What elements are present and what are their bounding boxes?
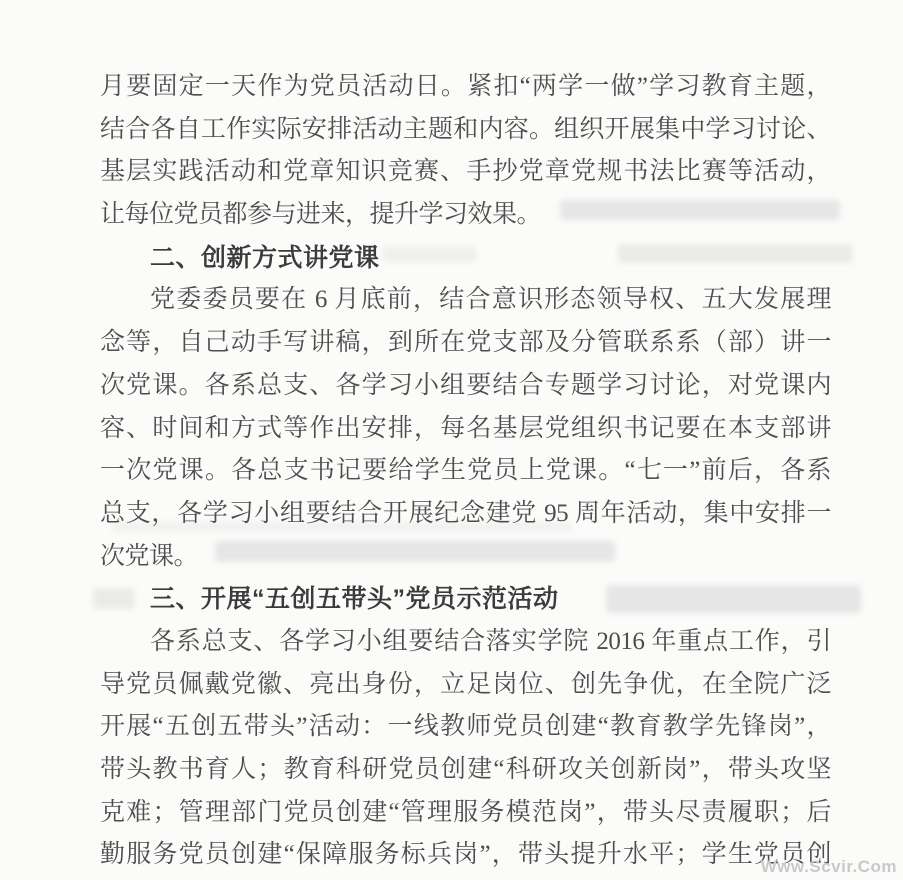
text-line: 带头教书育人；教育科研党员创建“科研攻关创新岗”，带头攻坚 — [100, 749, 831, 792]
scanned-document-page: 月要固定一天作为党员活动日。紧扣“两学一做”学习教育主题， 结合各自工作实际安排… — [0, 0, 903, 880]
text-line: 开展“五创五带头”活动：一线教师党员创建“教育教学先锋岗”， — [100, 706, 831, 749]
text-line: 容、时间和方式等作出安排，每名基层党组织书记要在本支部讲 — [100, 408, 831, 451]
paragraph: 党委委员要在 6 月底前，结合意识形态领导权、五大发展理 念等，自己动手写讲稿，… — [100, 279, 831, 578]
text-line: 克难；管理部门党员创建“管理服务模范岗”，带头尽责履职；后 — [100, 792, 831, 835]
text-line: 次党课。各系总支、各学习小组要结合专题学习讨论，对党课内 — [100, 365, 831, 408]
text-line: 党委委员要在 6 月底前，结合意识形态领导权、五大发展理 — [100, 279, 831, 322]
text-line: 一次党课。各总支书记要给学生党员上党课。“七一”前后，各系 — [100, 450, 831, 493]
text-line: 导党员佩戴党徽、亮出身份，立足岗位、创先争优，在全院广泛 — [100, 664, 831, 707]
text-line: 月要固定一天作为党员活动日。紧扣“两学一做”学习教育主题， — [100, 66, 831, 109]
text-line: 勤服务党员创建“保障服务标兵岗”，带头提升水平；学生党员创 — [100, 834, 831, 877]
document-text-column: 月要固定一天作为党员活动日。紧扣“两学一做”学习教育主题， 结合各自工作实际安排… — [100, 66, 831, 877]
text-line: 让每位党员都参与进来，提升学习效果。 — [100, 194, 831, 237]
paragraph: 各系总支、各学习小组要结合落实学院 2016 年重点工作，引 导党员佩戴党徽、亮… — [100, 621, 831, 877]
text-line: 基层实践活动和党章知识竞赛、手抄党章党规书法比赛等活动， — [100, 151, 831, 194]
section-heading: 三、开展“五创五带头”党员示范活动 — [100, 578, 831, 621]
text-line: 次党课。 — [100, 536, 831, 579]
site-watermark: Www.Scvir.Com — [761, 857, 897, 877]
text-line: 结合各自工作实际安排活动主题和内容。组织开展集中学习讨论、 — [100, 109, 831, 152]
text-line: 总支，各学习小组要结合开展纪念建党 95 周年活动，集中安排一 — [100, 493, 831, 536]
section-heading: 二、创新方式讲党课 — [100, 237, 831, 280]
paragraph: 月要固定一天作为党员活动日。紧扣“两学一做”学习教育主题， 结合各自工作实际安排… — [100, 66, 831, 237]
text-line: 念等，自己动手写讲稿，到所在党支部及分管联系系（部）讲一 — [100, 322, 831, 365]
text-line: 各系总支、各学习小组要结合落实学院 2016 年重点工作，引 — [100, 621, 831, 664]
